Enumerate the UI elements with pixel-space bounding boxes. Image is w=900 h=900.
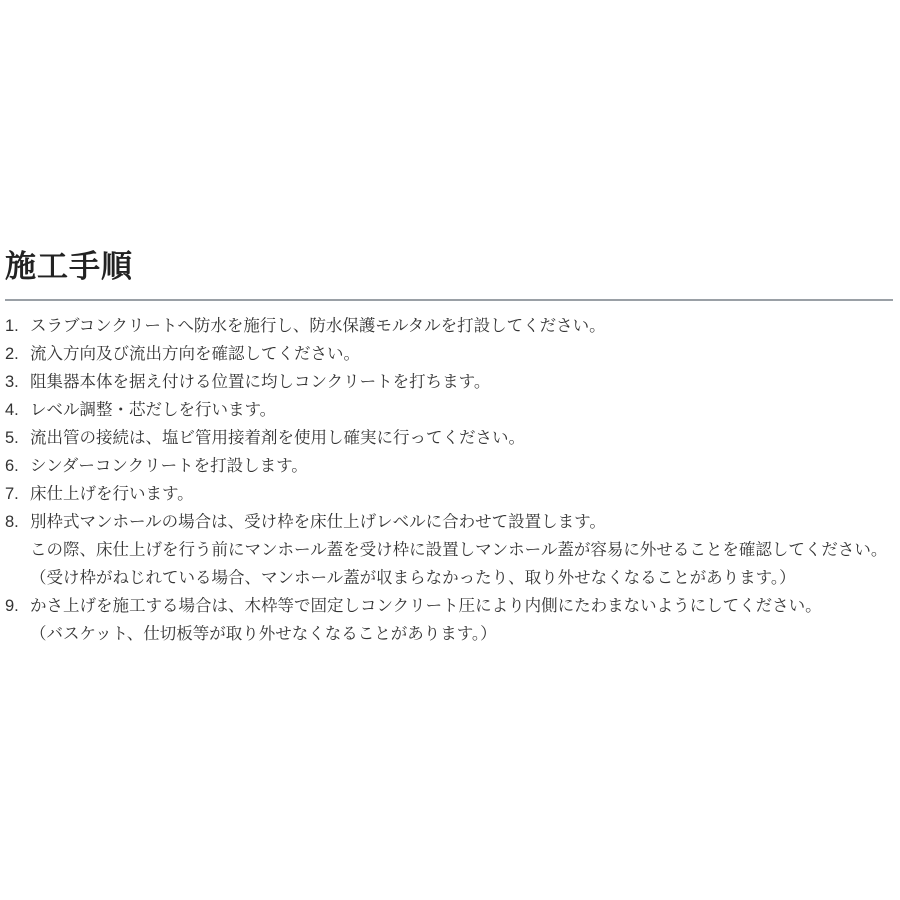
step-continuation-text: この際、床仕上げを行う前にマンホール蓋を受け枠に設置しマンホール蓋が容易に外せる…	[30, 536, 893, 564]
step-row: 5. 流出管の接続は、塩ビ管用接着剤を使用し確実に行ってください。	[5, 424, 893, 452]
step-number: 7.	[5, 480, 30, 508]
step-number: 9.	[5, 592, 30, 620]
step-continuation-row: （バスケット、仕切板等が取り外せなくなることがあります。）	[5, 620, 893, 648]
step-continuation-row: （受け枠がねじれている場合、マンホール蓋が収まらなかったり、取り外せなくなること…	[5, 564, 893, 592]
step-number: 2.	[5, 340, 30, 368]
step-row: 7. 床仕上げを行います。	[5, 480, 893, 508]
step-continuation-row: この際、床仕上げを行う前にマンホール蓋を受け枠に設置しマンホール蓋が容易に外せる…	[5, 536, 893, 564]
step-number: 6.	[5, 452, 30, 480]
step-text: かさ上げを施工する場合は、木枠等で固定しコンクリート圧により内側にたわまないよう…	[30, 592, 893, 620]
step-number: 8.	[5, 508, 30, 536]
instruction-document-page: 施工手順 1. スラブコンクリートへ防水を施行し、防水保護モルタルを打設してくだ…	[0, 0, 900, 900]
step-number: 1.	[5, 312, 30, 340]
step-text: レベル調整・芯だしを行います。	[30, 396, 893, 424]
step-text: 別枠式マンホールの場合は、受け枠を床仕上げレベルに合わせて設置します。	[30, 508, 893, 536]
procedure-step-list: 1. スラブコンクリートへ防水を施行し、防水保護モルタルを打設してください。 2…	[5, 312, 893, 648]
step-row: 4. レベル調整・芯だしを行います。	[5, 396, 893, 424]
step-number-spacer	[5, 564, 30, 592]
step-text: 阻集器本体を据え付ける位置に均しコンクリートを打ちます。	[30, 368, 893, 396]
step-number-spacer	[5, 620, 30, 648]
step-row: 3. 阻集器本体を据え付ける位置に均しコンクリートを打ちます。	[5, 368, 893, 396]
step-number: 5.	[5, 424, 30, 452]
step-row: 8. 別枠式マンホールの場合は、受け枠を床仕上げレベルに合わせて設置します。	[5, 508, 893, 536]
step-number: 4.	[5, 396, 30, 424]
step-number-spacer	[5, 536, 30, 564]
step-row: 9. かさ上げを施工する場合は、木枠等で固定しコンクリート圧により内側にたわまな…	[5, 592, 893, 620]
step-text: 床仕上げを行います。	[30, 480, 893, 508]
step-note-text: （受け枠がねじれている場合、マンホール蓋が収まらなかったり、取り外せなくなること…	[30, 564, 893, 592]
step-row: 1. スラブコンクリートへ防水を施行し、防水保護モルタルを打設してください。	[5, 312, 893, 340]
step-note-text: （バスケット、仕切板等が取り外せなくなることがあります。）	[30, 620, 893, 648]
title-divider	[5, 299, 893, 301]
step-text: シンダーコンクリートを打設します。	[30, 452, 893, 480]
step-row: 6. シンダーコンクリートを打設します。	[5, 452, 893, 480]
step-text: 流出管の接続は、塩ビ管用接着剤を使用し確実に行ってください。	[30, 424, 893, 452]
page-title: 施工手順	[5, 250, 893, 284]
step-row: 2. 流入方向及び流出方向を確認してください。	[5, 340, 893, 368]
step-text: スラブコンクリートへ防水を施行し、防水保護モルタルを打設してください。	[30, 312, 893, 340]
document-content: 施工手順 1. スラブコンクリートへ防水を施行し、防水保護モルタルを打設してくだ…	[0, 250, 900, 648]
step-text: 流入方向及び流出方向を確認してください。	[30, 340, 893, 368]
step-number: 3.	[5, 368, 30, 396]
